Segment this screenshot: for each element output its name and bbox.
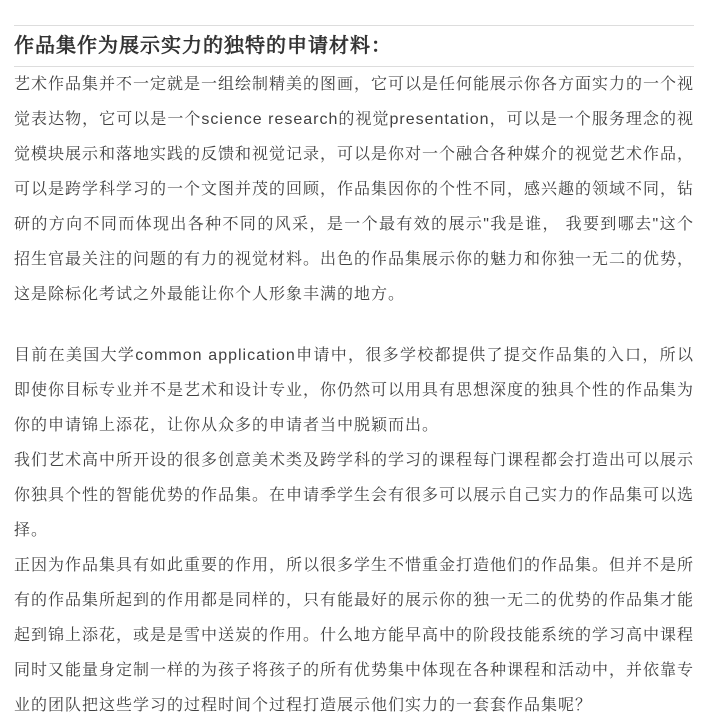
article: 作品集作为展示实力的独特的申请材料： 艺术作品集并不一定就是一组绘制精美的图画，…	[14, 0, 694, 722]
paragraph-common-application: 目前在美国大学common application申请中，很多学校都提供了提交作…	[14, 338, 694, 443]
article-body: 艺术作品集并不一定就是一组绘制精美的图画，它可以是任何能展示你各方面实力的一个视…	[14, 67, 694, 722]
page-title: 作品集作为展示实力的独特的申请材料：	[14, 25, 694, 67]
paragraph-art-highschool-courses: 我们艺术高中所开设的很多创意美术类及跨学科的学习的课程每门课程都会打造出可以展示…	[14, 443, 694, 548]
paragraph-portfolio-intro: 艺术作品集并不一定就是一组绘制精美的图画，它可以是任何能展示你各方面实力的一个视…	[14, 67, 694, 312]
paragraph-portfolio-importance: 正因为作品集具有如此重要的作用，所以很多学生不惜重金打造他们的作品集。但并不是所…	[14, 548, 694, 722]
